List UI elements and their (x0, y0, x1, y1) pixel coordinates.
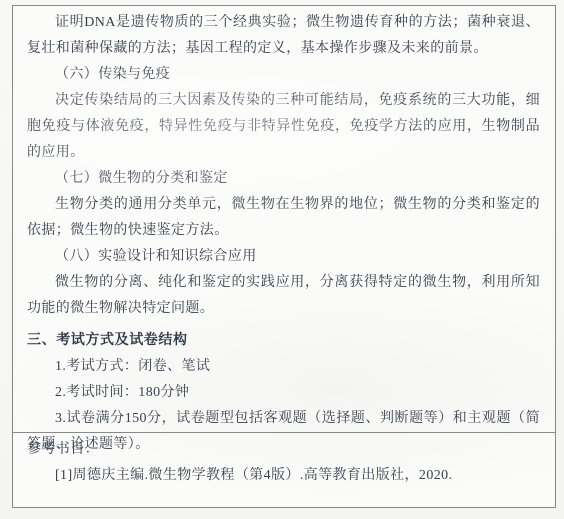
syllabus-body-section: 证明DNA是遗传物质的三个经典实验；微生物遗传育种的方法；菌种衰退、复壮和菌种保… (13, 6, 555, 432)
heading-exam-format: 三、考试方式及试卷结构 (27, 328, 540, 354)
paragraph-infection-immunity: 决定传染结局的三大因素及传染的三种可能结局，免疫系统的三大功能，细胞免疫与体液免… (27, 88, 540, 166)
subheading-section-7: （七）微生物的分类和鉴定 (27, 166, 540, 192)
item-exam-method: 1.考试方式：闭卷、笔试 (27, 354, 540, 380)
content-border-box: 证明DNA是遗传物质的三个经典实验；微生物遗传育种的方法；菌种衰退、复壮和菌种保… (12, 5, 556, 508)
item-exam-duration: 2.考试时间：180分钟 (27, 380, 540, 406)
paragraph-classification: 生物分类的通用分类单元，微生物在生物界的地位；微生物的分类和鉴定的依据；微生物的… (27, 192, 540, 244)
paragraph-experiment-design: 微生物的分离、纯化和鉴定的实践应用，分离获得特定的微生物，利用所知功能的微生物解… (27, 270, 540, 322)
paragraph-dna-experiments: 证明DNA是遗传物质的三个经典实验；微生物遗传育种的方法；菌种衰退、复壮和菌种保… (27, 10, 540, 62)
subheading-section-6: （六）传染与免疫 (27, 62, 540, 88)
subheading-section-8: （八）实验设计和知识综合应用 (27, 244, 540, 270)
references-section: 参考书目： [1]周德庆主编.微生物学教程（第4版）.高等教育出版社，2020. (13, 432, 555, 489)
scanned-document-page: 证明DNA是遗传物质的三个经典实验；微生物遗传育种的方法；菌种衰退、复壮和菌种保… (0, 0, 564, 519)
reference-item: [1]周德庆主编.微生物学教程（第4版）.高等教育出版社，2020. (27, 463, 540, 489)
